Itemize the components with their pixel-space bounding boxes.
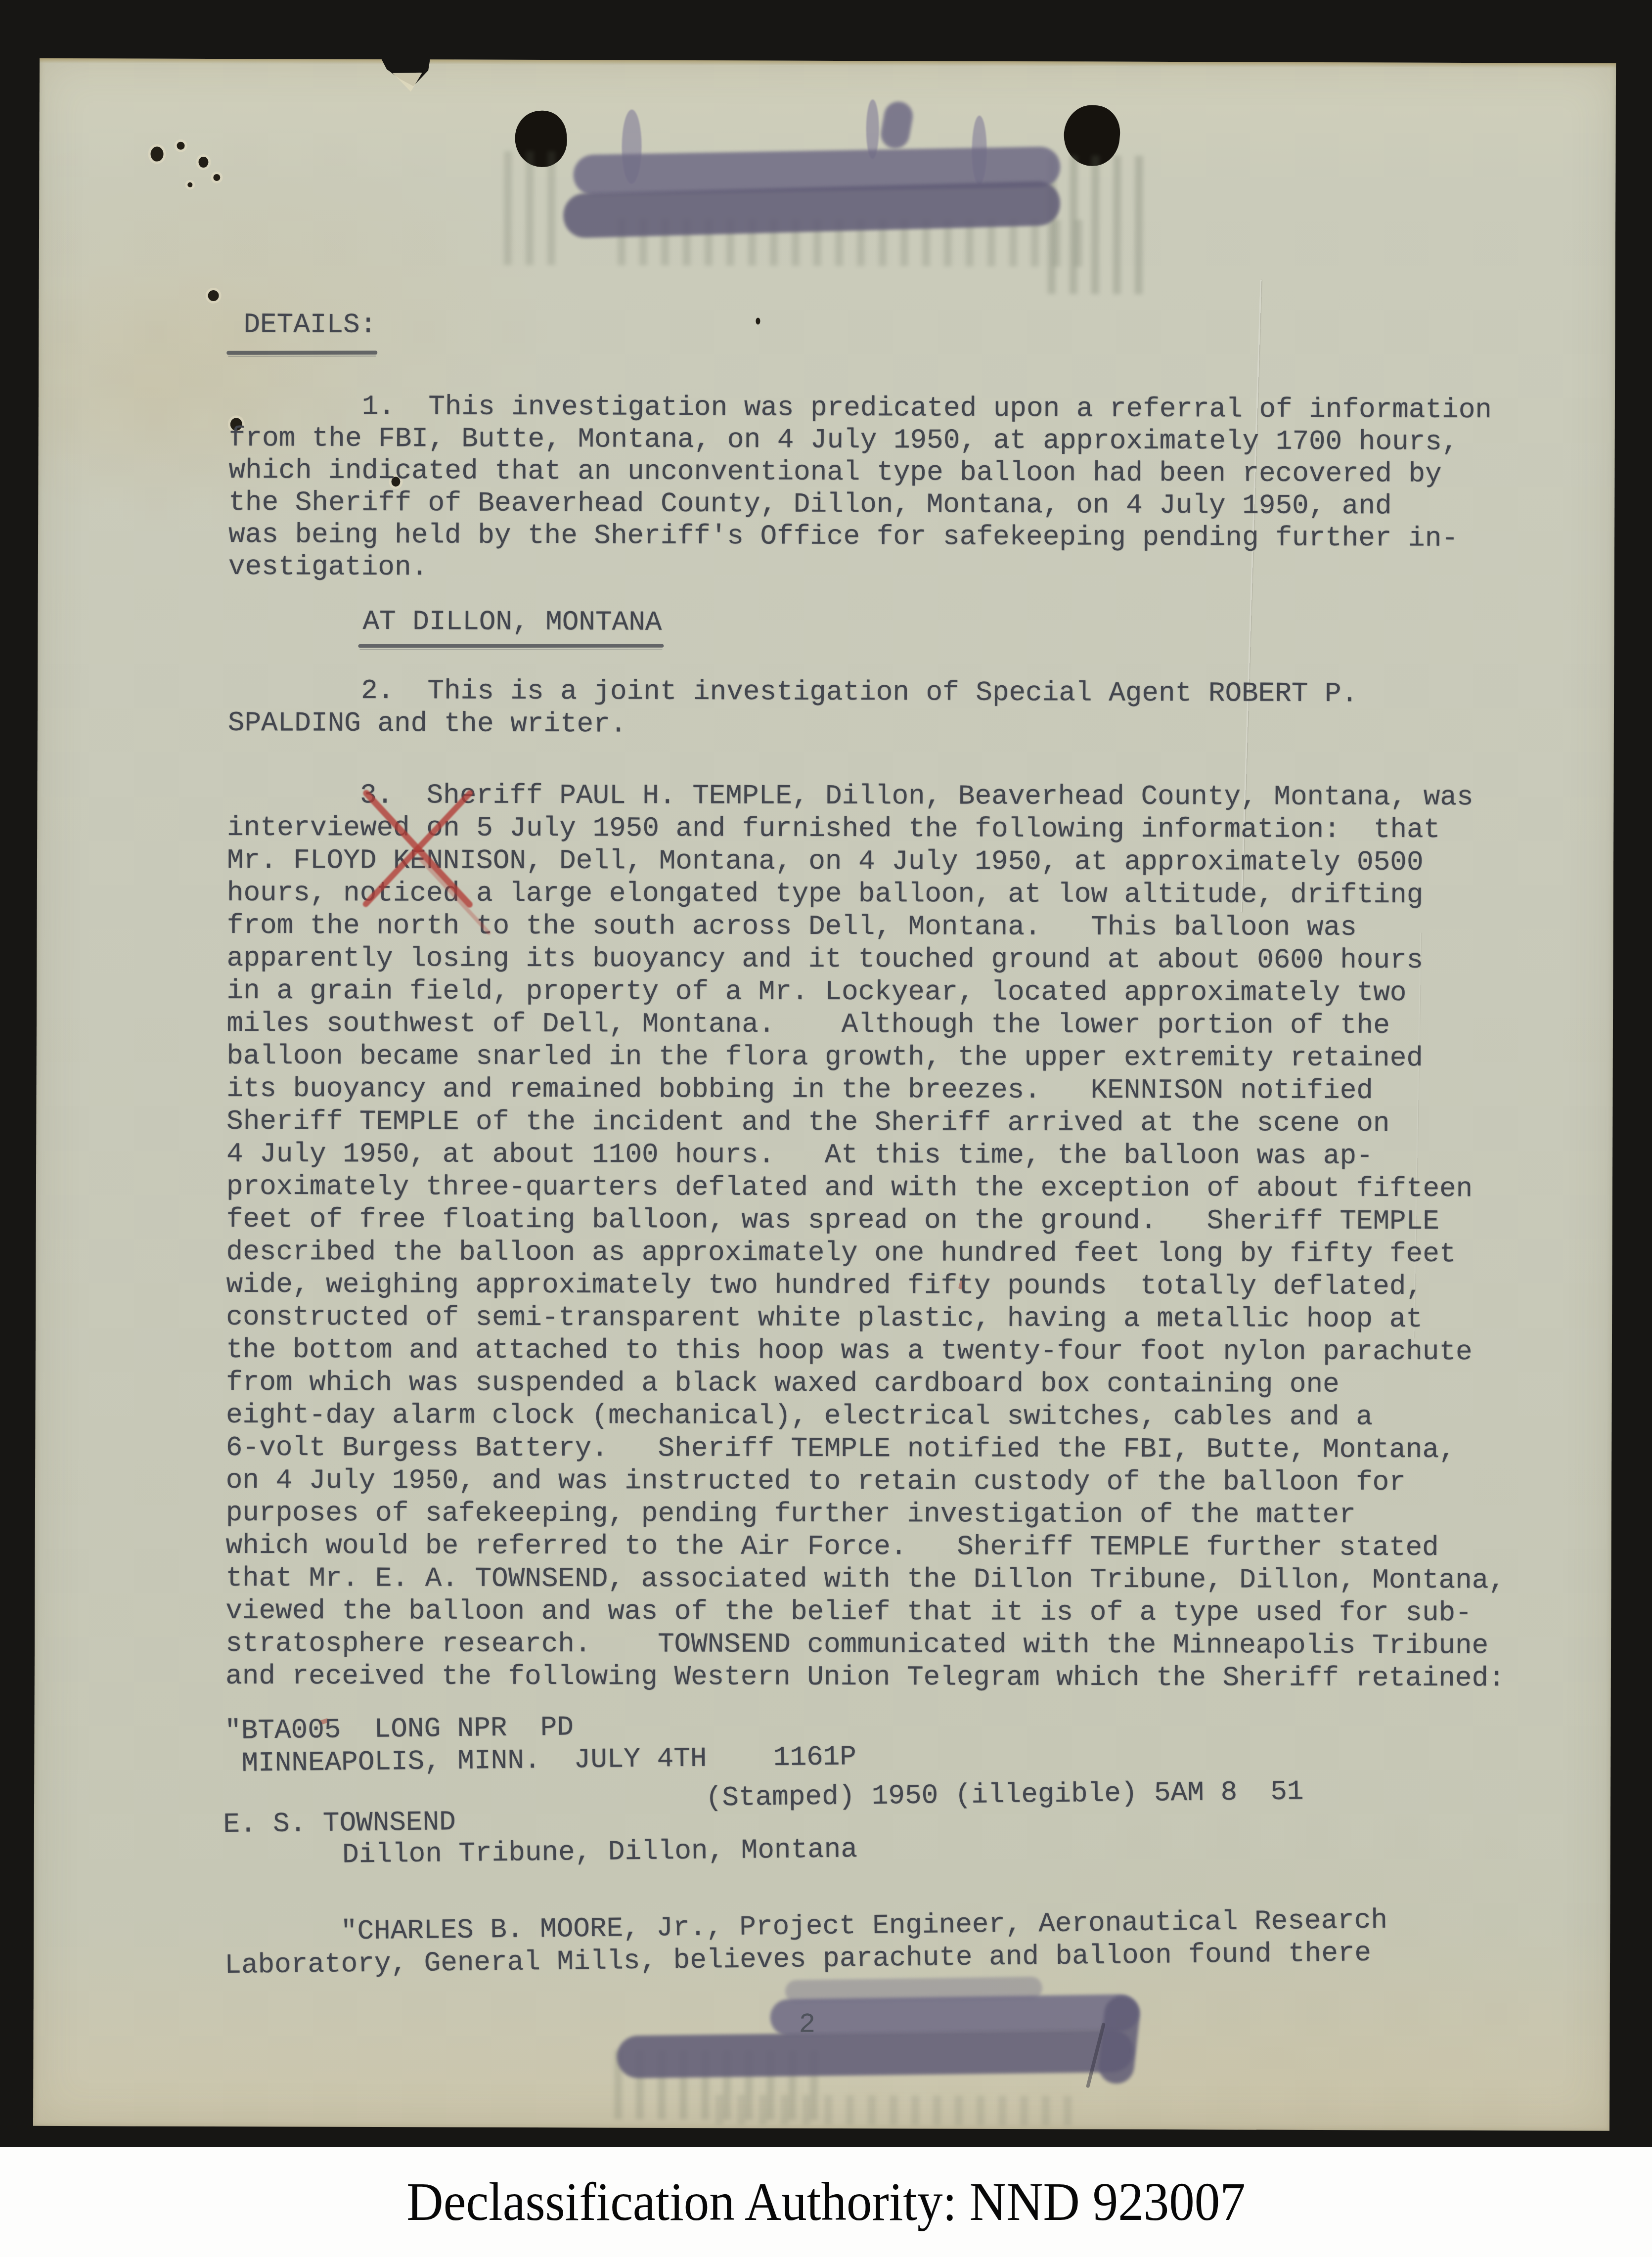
typed-line: the bottom and attached to this hoop was… [226,1333,1506,1369]
paper-sheet: DETAILS: 1. This investigation was predi… [33,58,1616,2131]
heading-underline [226,351,377,355]
typed-line: interviewed on 5 July 1950 and furnished… [227,811,1507,846]
typed-line: purposes of safekeeping, pending further… [226,1497,1506,1532]
typed-line: eight-day alarm clock (mechanical), elec… [226,1399,1506,1434]
typed-line: and received the following Western Union… [225,1660,1505,1695]
typed-line: was being held by the Sheriff's Office f… [228,519,1491,555]
typed-line: from which was suspended a black waxed c… [226,1366,1506,1401]
section-heading-underline [358,644,664,648]
details-heading-block: DETAILS: [243,308,376,341]
ghost-stamp-top [1048,155,1152,294]
typed-line: in a grain field, property of a Mr. Lock… [226,974,1506,1010]
typed-line: 6-volt Burgess Battery. Sheriff TEMPLE n… [226,1431,1506,1466]
telegram-stamp-line: (Stamped) 1950 (illegible) 5AM 8 51 [705,1775,1303,1814]
typed-line: wide, weighing approximately two hundred… [226,1268,1506,1303]
typed-line: from the FBI, Butte, Montana, on 4 July … [229,422,1492,458]
ghost-stamp-bottom [715,2095,1072,2125]
paper-hole [177,142,185,150]
typed-line: apparently losing its buoyancy and it to… [227,942,1507,977]
declassification-footer: Declassification Authority: NND 923007 [0,2147,1652,2257]
typed-line: that Mr. E. A. TOWNSEND, associated with… [225,1562,1505,1597]
section-heading-block: AT DILLON, MONTANA [362,605,662,639]
details-heading: DETAILS: [243,308,376,341]
scanned-document-page: { "page": { "number": "2", "paper_color"… [0,0,1652,2257]
telegram-address: Dillon Tribune, Dillon, Montana [226,1833,858,1872]
paper-hole [150,147,163,162]
paragraph-2: 2. This is a joint investigation of Spec… [228,674,1358,743]
paper-hole [198,157,208,168]
typed-line: 1. This investigation was predicated upo… [229,390,1492,426]
declassification-text: Declassification Authority: NND 923007 [406,2175,1245,2229]
typed-line: its buoyancy and remained bobbing in the… [226,1072,1506,1107]
typed-line: 4 July 1950, at about 1100 hours. At thi… [226,1138,1506,1173]
typed-line: described the balloon as approximately o… [226,1236,1506,1271]
paragraph-1: 1. This investigation was predicated upo… [228,390,1492,587]
typed-line: feet of free floating balloon, was sprea… [226,1203,1506,1238]
typed-line: constructed of semi-transparent white pl… [226,1301,1506,1336]
ink-speck [756,317,760,324]
typed-line: Sheriff TEMPLE of the incident and the S… [226,1105,1506,1140]
typed-line: on 4 July 1950, and was instructed to re… [226,1464,1506,1499]
ghost-stamp-top [504,151,569,265]
typed-line: miles southwest of Dell, Montana. Althou… [226,1007,1506,1042]
redaction-scribble-top [879,99,915,151]
redaction-scribble-bottom [617,2030,1134,2079]
section-heading: AT DILLON, MONTANA [362,605,662,639]
typed-line: vestigation. [228,551,1491,587]
paragraph-3: 3. Sheriff PAUL H. TEMPLE, Dillon, Beave… [225,779,1507,1695]
paper-hole [208,290,219,301]
telegram-sender: E. S. TOWNSEND [223,1806,456,1841]
page-number: 2 [799,2010,816,2039]
paragraph-4: "CHARLES B. MOORE, Jr., Project Engineer… [224,1904,1388,1982]
typed-line: the Sheriff of Beaverhead County, Dillon… [228,487,1491,523]
typed-line: viewed the balloon and was of the belief… [225,1594,1505,1630]
typed-line: which indicated that an unconventional t… [228,454,1491,490]
telegram-line: MINNEAPOLIS, MINN. JULY 4TH 1161P [225,1740,857,1780]
paper-hole [187,182,192,187]
paper-hole [213,174,220,181]
typed-line: proximately three-quarters deflated and … [226,1170,1506,1205]
typed-line: stratosphere research. TOWNSEND communic… [225,1627,1505,1662]
typed-line: which would be referred to the Air Force… [225,1529,1505,1564]
telegram-line: "BTA005 LONG NPR PD [224,1711,574,1747]
typed-line: 3. Sheriff PAUL H. TEMPLE, Dillon, Beave… [227,779,1507,814]
typed-line: hours, noticed a large elongated type ba… [227,877,1507,912]
typed-line: 2. This is a joint investigation of Spec… [228,674,1358,710]
typed-line: SPALDING and the writer. [228,707,1358,743]
typed-line: balloon became snarled in the flora grow… [226,1040,1506,1075]
typed-line: from the north to the south across Dell,… [227,909,1507,944]
